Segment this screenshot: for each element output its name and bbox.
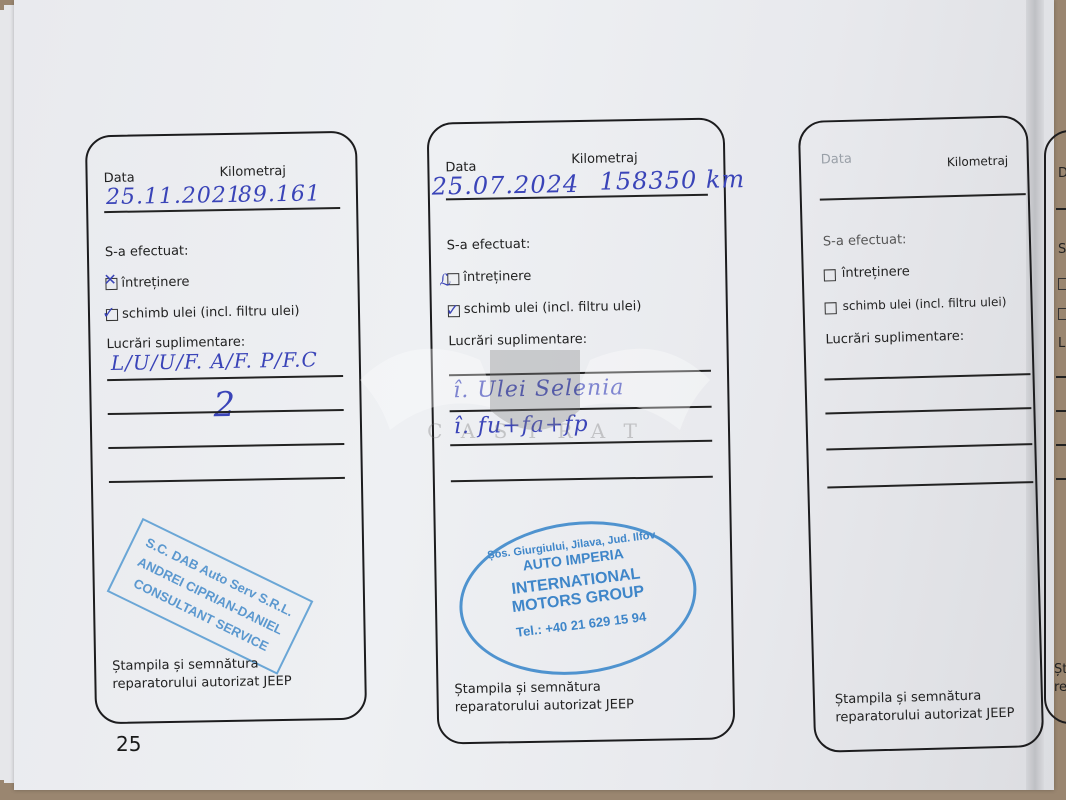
- done-label: S-a efectuat:: [823, 232, 907, 249]
- oil-change-label: schimb ulei (incl. filtru ulei): [122, 304, 300, 322]
- extra-work-line-1: î. Ulei Selenia: [453, 375, 625, 403]
- done-label: S-a efectuat:: [105, 244, 189, 260]
- extra-rule: [1056, 478, 1066, 480]
- oil-change-label: schimb ulei (incl. filtru ulei): [464, 299, 642, 317]
- page-number: 25: [116, 732, 141, 756]
- footer-line-2: reparatorului autorizat JEEP: [835, 706, 1014, 726]
- extra-rule: [826, 443, 1032, 450]
- footer-line-1: Ștampila și semnătura: [835, 689, 982, 708]
- km-value: 158350 km: [599, 165, 745, 196]
- km-label: Kilometraj: [219, 164, 286, 180]
- checkbox[interactable]: [1058, 308, 1066, 320]
- extra-work-line-1: L/U/U/F. A/F. P/F.C: [111, 347, 318, 375]
- footer-line-2: reparatorului autorizat JEEP: [455, 697, 634, 715]
- footer-line-2: reparatorului autorizat JEEP: [112, 674, 291, 692]
- footer-line-1: Șta: [1054, 662, 1066, 677]
- extra-rule: [109, 477, 345, 483]
- km-label: Kilometraj: [947, 154, 1009, 170]
- extra-rule: [450, 440, 712, 447]
- maintenance-label: întreținere: [121, 275, 189, 291]
- extra-rule: [1056, 376, 1066, 378]
- check-mark-icon: ℒ: [439, 270, 451, 289]
- service-entry-2: Data Kilometraj 25.07.2024 158350 km S-a…: [427, 117, 736, 744]
- maintenance-label: întreținere: [842, 264, 910, 281]
- extra-rule: [825, 373, 1031, 380]
- extra-rule: [1056, 410, 1066, 412]
- checkbox-maintenance[interactable]: [824, 269, 836, 281]
- km-label: Kilometraj: [571, 151, 638, 167]
- check-mark-icon: ✓: [102, 303, 116, 322]
- date-label: D: [1058, 166, 1066, 181]
- km-value: 89.161: [238, 181, 321, 207]
- extra-rule: [451, 476, 713, 483]
- extra-work-label: L: [1058, 336, 1065, 351]
- checkbox-oil-change[interactable]: [825, 302, 837, 314]
- oil-change-label: schimb ulei (incl. filtru ulei): [842, 295, 1006, 313]
- dealer-stamp: S.C. DAB Auto Serv S.R.L. ANDREI CIPRIAN…: [107, 518, 314, 675]
- check-mark-icon: ✕: [103, 270, 117, 289]
- extra-rule: [825, 407, 1031, 414]
- date-rule: [1056, 208, 1066, 210]
- footer-line-2: rep: [1054, 680, 1066, 695]
- extra-work-label: Lucrări suplimentare:: [825, 329, 964, 348]
- dealer-stamp: Șos. Giurgiului, Jilava, Jud. Ilfov AUTO…: [451, 508, 706, 688]
- extra-rule: [1056, 444, 1066, 446]
- date-rule: [820, 193, 1026, 200]
- checkbox[interactable]: [1058, 278, 1066, 290]
- extra-work-line-2: î. fu+fa+fp: [454, 412, 589, 439]
- maintenance-label: întreținere: [463, 269, 531, 285]
- footer-line-1: Ștampila și semnătura: [454, 680, 601, 698]
- done-label: S: [1058, 242, 1066, 257]
- date-value: 25.11.2021: [106, 183, 242, 210]
- extra-work-label: Lucrări suplimentare:: [448, 332, 587, 349]
- extra-work-line-2: 2: [213, 385, 236, 425]
- footer-line-1: Ștampila și semnătura: [112, 656, 259, 674]
- extra-rule: [827, 481, 1033, 488]
- check-mark-icon: ✓: [446, 300, 460, 319]
- service-entry-1: Data Kilometraj 25.11.2021 89.161 S-a ef…: [85, 131, 367, 725]
- service-entry-4-partial: D S L Șta rep: [1044, 130, 1066, 724]
- extra-rule: [108, 443, 344, 449]
- extra-rule: [107, 375, 343, 381]
- done-label: S-a efectuat:: [447, 237, 531, 253]
- date-label: Data: [821, 152, 852, 168]
- service-entry-3: Data Kilometraj S-a efectuat: întreținer…: [798, 115, 1044, 753]
- booklet: Data Kilometraj 25.11.2021 89.161 S-a ef…: [0, 0, 1066, 800]
